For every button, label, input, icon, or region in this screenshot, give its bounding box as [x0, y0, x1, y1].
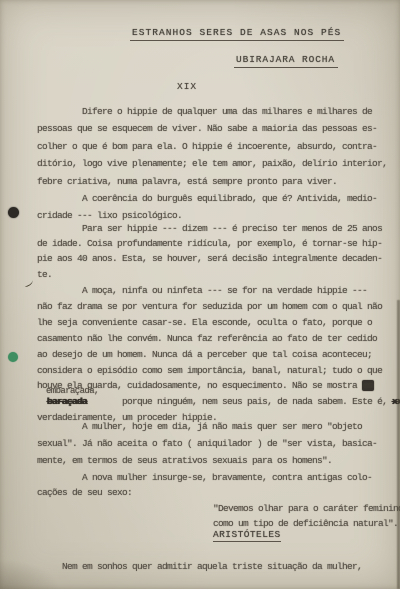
paragraph-3: Para ser hippie --- dizem --- é preciso …	[37, 221, 389, 282]
chapter-number: XIX	[177, 81, 197, 92]
text-line: casamento não lhe convém. Nunca faz refe…	[37, 331, 389, 347]
paragraph-4: A moça, ninfa ou ninfeta --- se for na v…	[37, 283, 389, 426]
text-line: A moça, ninfa ou ninfeta --- se for na v…	[37, 283, 389, 299]
text-line: colher o que é bom para ela. O hippie é …	[37, 138, 389, 155]
text-line: Para ser hippie --- dizem --- é preciso …	[37, 221, 389, 236]
text-line: febre criativa, numa palavra, está sempr…	[37, 173, 389, 190]
text-line: mente, em termos de seus atrativos sexua…	[37, 453, 389, 470]
blacked-out-text: em	[362, 380, 374, 391]
text-line-with-correction: embaraçada, baraçada porque ninguém, nem…	[37, 394, 389, 410]
paragraph-2: A coerência do burguês equilibrado, que …	[37, 190, 389, 224]
text-line: de idade. Coisa profundamente ridícula, …	[37, 236, 389, 251]
quote-attribution: ARISTÓTELES	[213, 529, 281, 542]
text-line: Nem em sonhos quer admitir aquela triste…	[37, 558, 389, 575]
text-line: considera o episódio como sem importânci…	[37, 363, 389, 379]
paragraph-7: Nem em sonhos quer admitir aquela triste…	[37, 558, 389, 575]
interline-correction: embaraçada,	[46, 384, 99, 400]
text-line: Difere o hippie de qualquer uma das milh…	[37, 103, 389, 120]
pen-squiggle-mark	[23, 279, 34, 288]
quote-block: "Devemos olhar para o caráter feminino c…	[37, 501, 389, 531]
text-line: A coerência do burguês equilibrado, que …	[37, 190, 389, 207]
paragraph-1: Difere o hippie de qualquer uma das milh…	[37, 103, 389, 190]
quote-line: "Devemos olhar para o caráter feminino	[37, 501, 389, 516]
text-line: pie aos 40 anos. Esta, se houver, será d…	[37, 251, 389, 266]
text-line: A nova mulher insurge-se, bravamente, co…	[37, 470, 389, 485]
text-line: não faz drama se por ventura for seduzid…	[37, 299, 389, 315]
text-line: ao desejo de um homem. Nunca dá a perceb…	[37, 347, 389, 363]
text-line: te.	[37, 267, 389, 282]
green-ink-dot	[8, 352, 18, 362]
text-line: ditório, logo vive plenamente; ele tem a…	[37, 155, 389, 172]
document-title: ESTRANHOS SERES DE ASAS NOS PÉS	[130, 27, 344, 41]
typewritten-page: ESTRANHOS SERES DE ASAS NOS PÉS UBIRAJAR…	[0, 0, 400, 589]
author-name: UBIRAJARA ROCHA	[234, 54, 338, 68]
text-line: lhe seja conveniente casar-se. Ela escon…	[37, 315, 389, 331]
text-line: sexual". Já não aceita o fato ( aniquila…	[37, 436, 389, 453]
paragraph-6: A nova mulher insurge-se, bravamente, co…	[37, 470, 389, 500]
paragraph-5: A mulher, hoje em dia, já não mais quer …	[37, 419, 389, 469]
scan-edge-shadow-bottom-left	[0, 559, 60, 589]
text-segment: porque ninguém, nem seus pais, de nada s…	[87, 396, 392, 407]
text-line: A mulher, hoje em dia, já não mais quer …	[37, 419, 389, 436]
text-line: cações de seu sexo:	[37, 485, 389, 500]
black-ink-dot	[8, 207, 19, 218]
text-line: pessoas que se esquecem de viver. Não sa…	[37, 120, 389, 137]
